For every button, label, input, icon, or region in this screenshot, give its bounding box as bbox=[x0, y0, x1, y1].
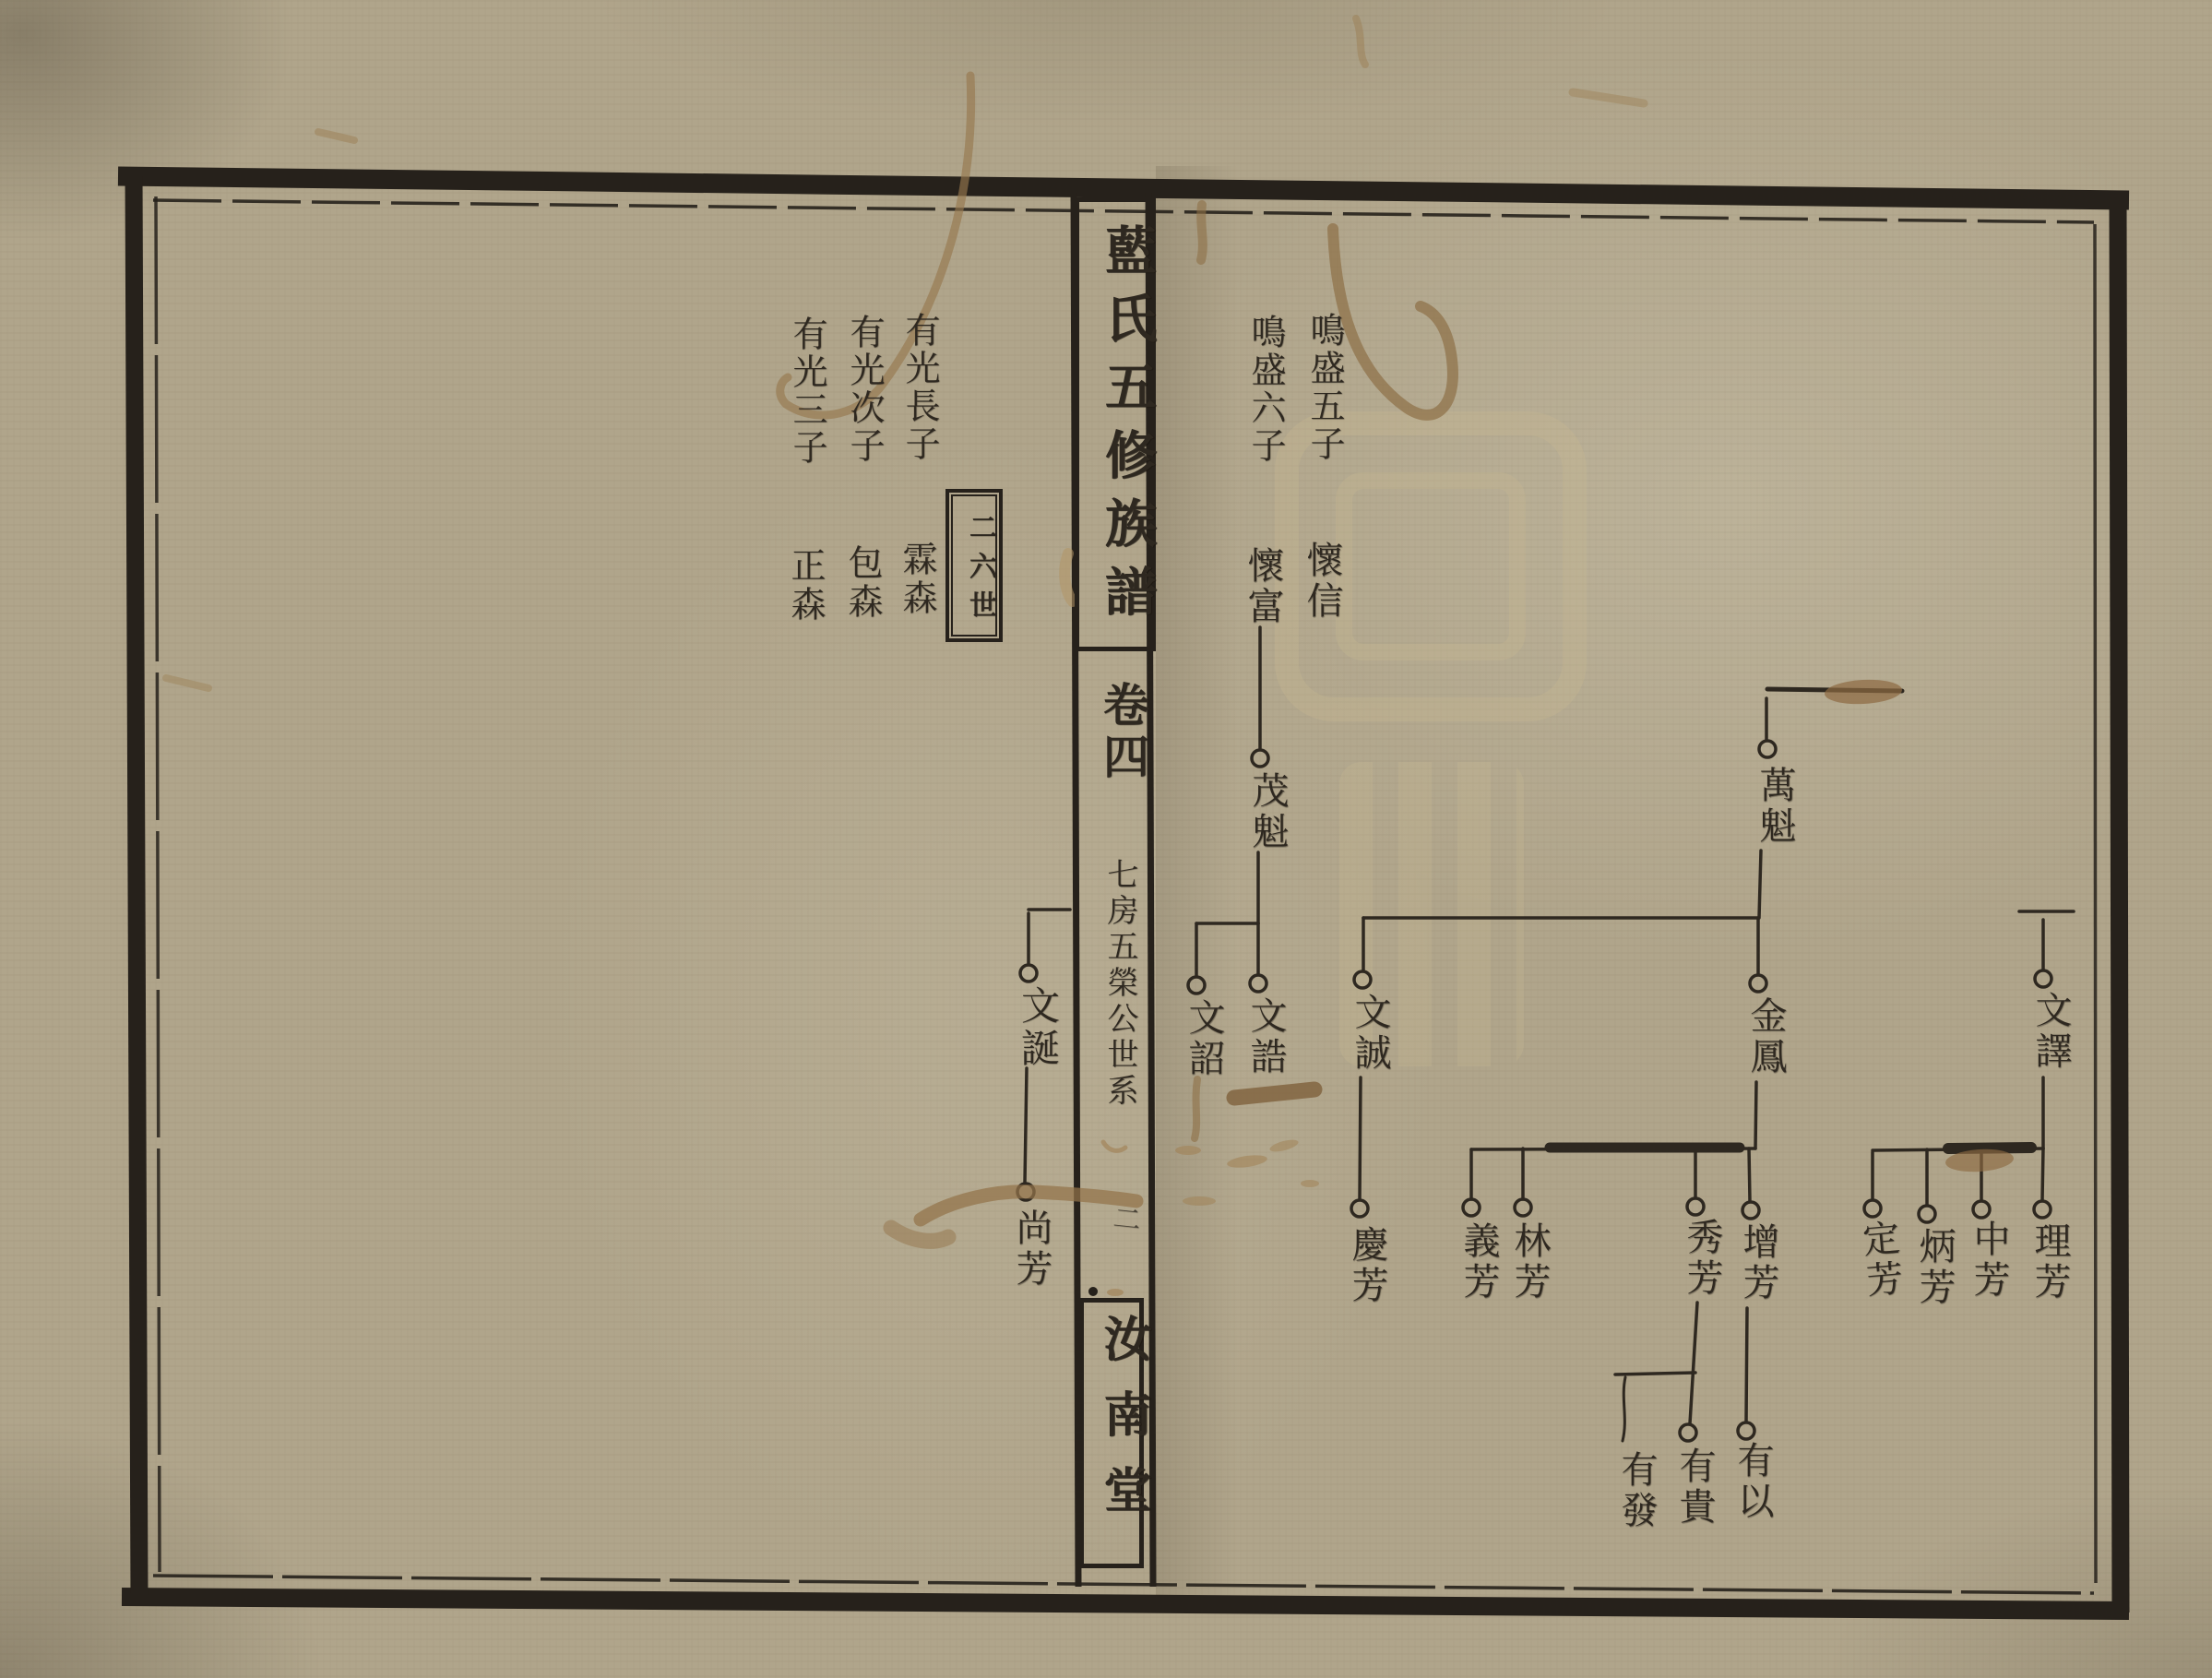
right-header-col-2: 鳴盛六子 bbox=[1240, 314, 1290, 465]
person-yifang: 義芳 bbox=[1453, 1221, 1505, 1303]
page-number: 二 bbox=[1102, 1202, 1146, 1233]
left-name-zhengsen: 正森 bbox=[779, 547, 830, 625]
left-name-baosen: 包森 bbox=[837, 544, 887, 622]
person-qingfang: 慶芳 bbox=[1341, 1225, 1394, 1306]
person-bingfang: 炳芳 bbox=[1909, 1227, 1961, 1308]
hall-name: 汝南堂 bbox=[1088, 1314, 1157, 1541]
generation-label: 二六世 bbox=[959, 513, 1000, 629]
person-linfang: 林芳 bbox=[1504, 1221, 1556, 1303]
right-header-col-1: 鳴盛五子 bbox=[1299, 312, 1350, 463]
person-zengfang: 增芳 bbox=[1732, 1222, 1785, 1303]
person-wencheng: 文誠 bbox=[1344, 993, 1397, 1074]
tree-connectors bbox=[1017, 627, 2074, 1441]
person-wengao: 文誥 bbox=[1240, 996, 1292, 1077]
person-maokui: 茂魁 bbox=[1242, 771, 1294, 852]
left-name-linsen: 霖森 bbox=[891, 541, 942, 618]
volume-label: 卷四 bbox=[1089, 681, 1156, 784]
left-header-col-3: 有光三子 bbox=[781, 315, 832, 467]
genealogy-page: 藍氏五修族譜 卷四 七房五榮公世系 二 汝南堂 二六世 有光長子 有光次子 有光… bbox=[0, 0, 2212, 1678]
person-dingfang: 定芳 bbox=[1850, 1218, 1909, 1303]
person-zhongfang: 中芳 bbox=[1963, 1220, 2016, 1301]
left-header-col-1: 有光長子 bbox=[894, 312, 945, 463]
person-wenzhao: 文詔 bbox=[1178, 998, 1231, 1079]
person-wenyi: 文譯 bbox=[2025, 991, 2077, 1072]
person-huaifu: 懷富 bbox=[1237, 546, 1290, 627]
book-title: 藍氏五修族譜 bbox=[1089, 223, 1163, 633]
person-wendan: 文誕 bbox=[1009, 985, 1064, 1070]
person-huaixin: 懷信 bbox=[1296, 541, 1349, 622]
section-label: 七房五榮公世系 bbox=[1097, 858, 1142, 1110]
person-yougui: 有貴 bbox=[1669, 1446, 1721, 1528]
person-youyi: 有以 bbox=[1727, 1441, 1779, 1522]
person-lifang: 理芳 bbox=[2024, 1221, 2076, 1303]
person-youfa: 有發 bbox=[1611, 1450, 1663, 1531]
person-jinfeng: 金鳳 bbox=[1740, 996, 1792, 1077]
person-xiufang: 秀芳 bbox=[1676, 1218, 1729, 1299]
person-wankui: 萬魁 bbox=[1749, 766, 1802, 847]
left-header-col-2: 有光次子 bbox=[838, 314, 889, 465]
person-shangfang: 尚芳 bbox=[1005, 1208, 1058, 1290]
